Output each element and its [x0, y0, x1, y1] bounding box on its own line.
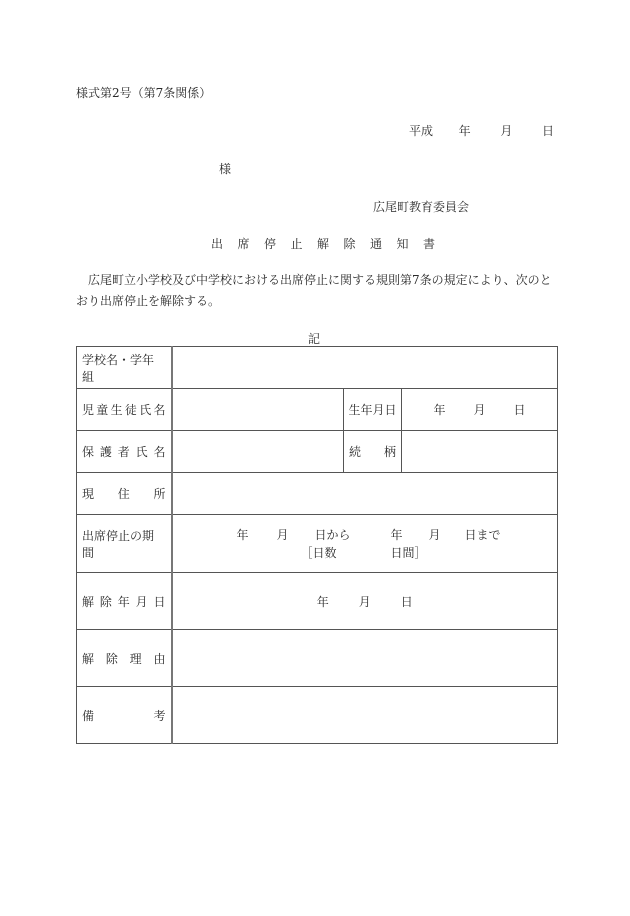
field-school-class[interactable]: [172, 347, 558, 389]
field-release-reason[interactable]: [172, 630, 558, 687]
period-from-year: 年: [237, 526, 249, 543]
field-student-name[interactable]: [172, 389, 344, 431]
row-suspension-period: 出席停止の期間 年 月 日から 年 月 日まで ［日数 日間］: [77, 515, 558, 573]
issuer-name: 広尾町教育委員会: [373, 198, 469, 215]
document-title: 出席停止解除通知書: [211, 235, 450, 252]
row-guardian-name: 保護者氏名 続柄: [77, 431, 558, 473]
date-month: 月: [500, 122, 512, 139]
form-table: 学校名・学年組 児童生徒氏名 生年月日 年月日 保護者氏名 続柄: [76, 346, 558, 744]
field-release-date[interactable]: 年月日: [172, 573, 558, 630]
issue-date: 平成 年 月 日: [409, 122, 554, 139]
record-label: 記: [308, 330, 320, 347]
period-days-close: 日間］: [391, 544, 427, 561]
label-address: 現住所: [77, 473, 172, 515]
row-release-date: 解除年月日 年月日: [77, 573, 558, 630]
label-guardian-name: 保護者氏名: [77, 431, 172, 473]
field-birthdate[interactable]: 年月日: [402, 389, 558, 431]
period-to-month: 月: [429, 526, 441, 543]
label-birthdate: 生年月日: [344, 389, 402, 431]
field-remarks[interactable]: [172, 687, 558, 744]
form-number: 様式第2号（第7条関係）: [76, 84, 211, 101]
label-release-reason: 解除理由: [77, 630, 172, 687]
field-address[interactable]: [172, 473, 558, 515]
period-from-month: 月: [277, 526, 289, 543]
date-day: 日: [542, 122, 554, 139]
label-release-date: 解除年月日: [77, 573, 172, 630]
label-suspension-period: 出席停止の期間: [77, 515, 172, 573]
date-year: 年: [459, 122, 471, 139]
body-text: 広尾町立小学校及び中学校における出席停止に関する規則第7条の規定により、次のとお…: [76, 270, 558, 312]
row-remarks: 備考: [77, 687, 558, 744]
row-school-class: 学校名・学年組: [77, 347, 558, 389]
period-days-open: ［日数: [301, 544, 337, 561]
field-guardian-name[interactable]: [172, 431, 344, 473]
period-to-day: 日まで: [465, 526, 501, 543]
date-era: 平成: [409, 122, 433, 139]
row-student-name: 児童生徒氏名 生年月日 年月日: [77, 389, 558, 431]
row-release-reason: 解除理由: [77, 630, 558, 687]
addressee-suffix: 様: [219, 160, 231, 177]
field-suspension-period[interactable]: 年 月 日から 年 月 日まで ［日数 日間］: [172, 515, 558, 573]
label-student-name: 児童生徒氏名: [77, 389, 172, 431]
period-to-year: 年: [391, 526, 403, 543]
row-address: 現住所: [77, 473, 558, 515]
field-relationship[interactable]: [402, 431, 558, 473]
label-relationship: 続柄: [344, 431, 402, 473]
label-school-class: 学校名・学年組: [77, 347, 172, 389]
label-remarks: 備考: [77, 687, 172, 744]
period-from-day: 日から: [315, 526, 351, 543]
